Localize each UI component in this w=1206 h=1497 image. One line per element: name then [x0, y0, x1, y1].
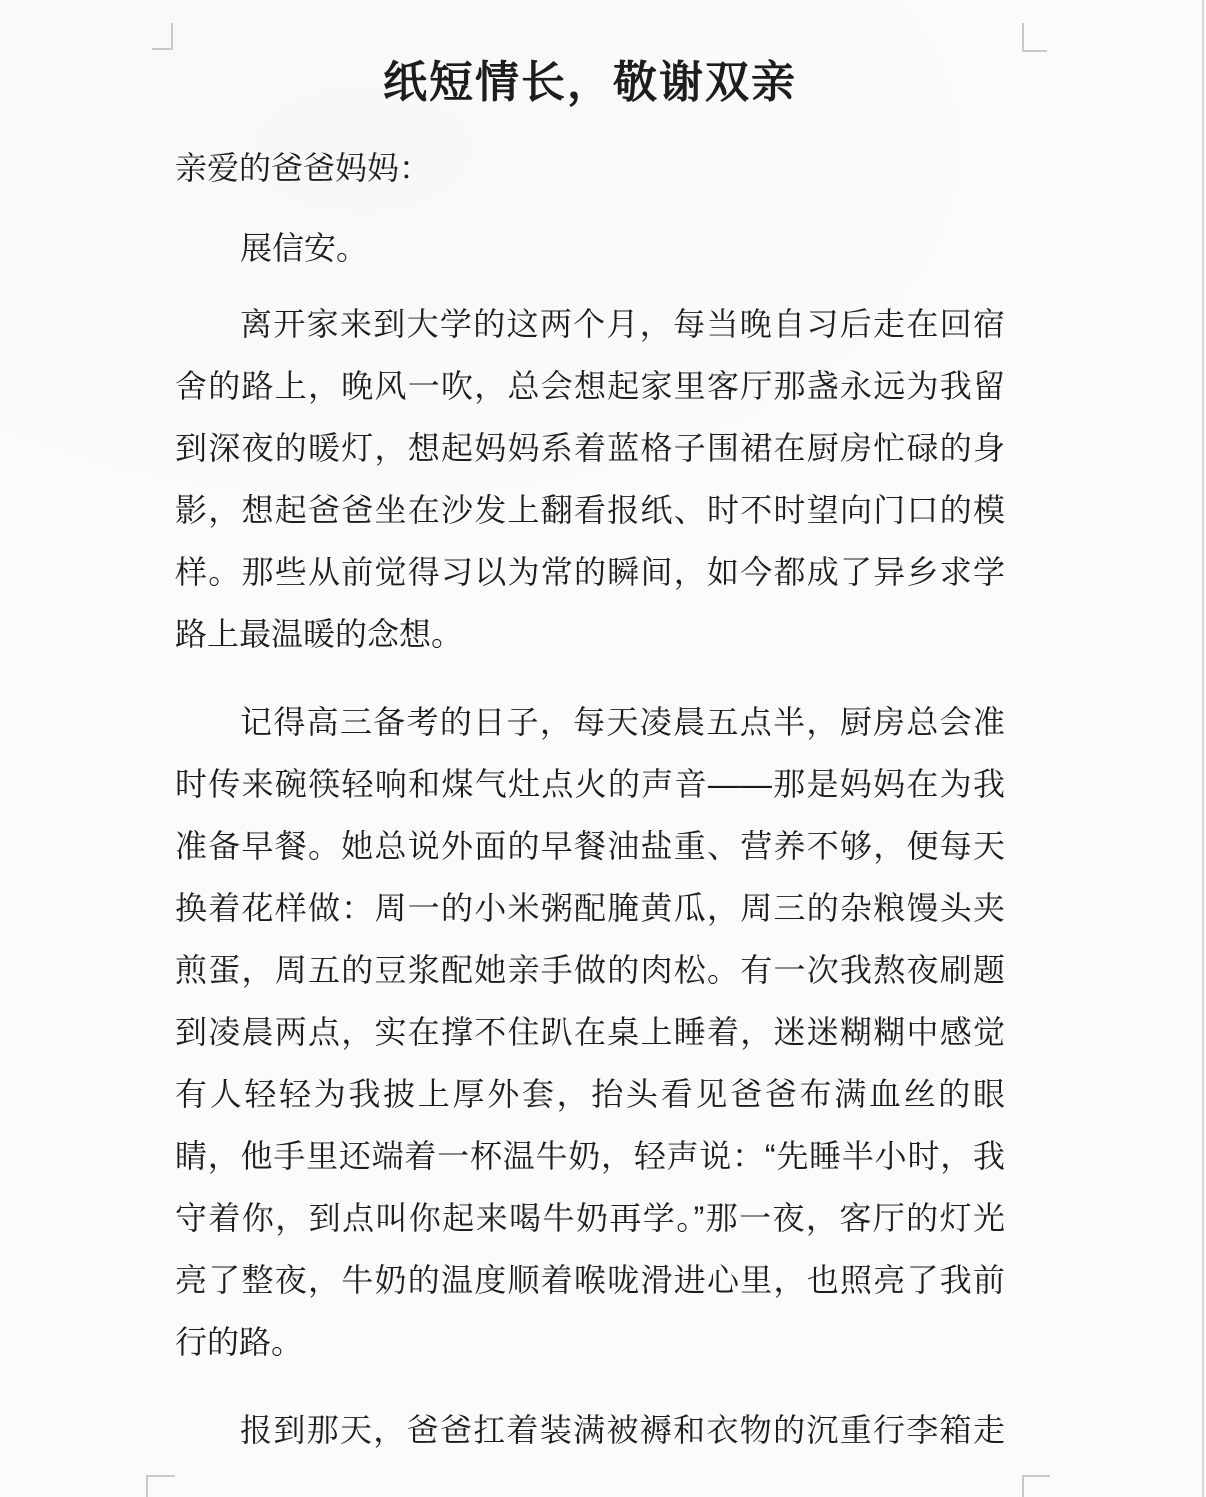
- text-line: 时传来碗筷轻响和煤气灶点火的声音——那是妈妈在为我: [175, 753, 1005, 815]
- text-line: 煎蛋，周五的豆浆配她亲手做的肉松。有一次我熬夜刷题: [175, 939, 1005, 1001]
- letter-greeting: 展信安。: [175, 217, 1005, 279]
- text-line: 记得高三备考的日子，每天凌晨五点半，厨房总会准: [175, 691, 1005, 753]
- text-line: 亮了整夜，牛奶的温度顺着喉咙滑进心里，也照亮了我前: [175, 1249, 1005, 1311]
- crop-mark-top-left: [152, 23, 173, 50]
- text-line: 行的路。: [175, 1311, 1005, 1373]
- text-line: 准备早餐。她总说外面的早餐油盐重、营养不够，便每天: [175, 815, 1005, 877]
- crop-mark-top-right: [1022, 23, 1047, 52]
- text-line: 到凌晨两点，实在撑不住趴在桌上睡着，迷迷糊糊中感觉: [175, 1001, 1005, 1063]
- text-line: 报到那天，爸爸扛着装满被褥和衣物的沉重行李箱走: [175, 1399, 1005, 1461]
- crop-mark-bottom-right: [1022, 1475, 1050, 1497]
- letter-title: 纸短情长，敬谢双亲: [175, 52, 1005, 114]
- text-line: 路上最温暖的念想。: [175, 603, 1005, 665]
- crop-mark-bottom-left: [146, 1475, 175, 1497]
- text-line: 样。那些从前觉得习以为常的瞬间，如今都成了异乡求学: [175, 541, 1005, 603]
- text-line: 舍的路上，晚风一吹，总会想起家里客厅那盏永远为我留: [175, 355, 1005, 417]
- text-line: 影，想起爸爸坐在沙发上翻看报纸、时不时望向门口的模: [175, 479, 1005, 541]
- text-line: 到深夜的暖灯，想起妈妈系着蓝格子围裙在厨房忙碌的身: [175, 417, 1005, 479]
- paragraph: 记得高三备考的日子，每天凌晨五点半，厨房总会准时传来碗筷轻响和煤气灶点火的声音—…: [175, 691, 1005, 1373]
- text-line: 睛，他手里还端着一杯温牛奶，轻声说：“先睡半小时，我: [175, 1125, 1005, 1187]
- paragraph: 报到那天，爸爸扛着装满被褥和衣物的沉重行李箱走: [175, 1399, 1005, 1461]
- text-line: 有人轻轻为我披上厚外套，抬头看见爸爸布满血丝的眼: [175, 1063, 1005, 1125]
- text-line: 守着你，到点叫你起来喝牛奶再学。”那一夜，客厅的灯光: [175, 1187, 1005, 1249]
- letter-paragraphs: 离开家来到大学的这两个月，每当晚自习后走在回宿舍的路上，晚风一吹，总会想起家里客…: [175, 293, 1005, 1461]
- text-line: 换着花样做：周一的小米粥配腌黄瓜，周三的杂粮馒头夹: [175, 877, 1005, 939]
- letter-salutation: 亲爱的爸爸妈妈：: [175, 137, 1005, 199]
- paragraph: 离开家来到大学的这两个月，每当晚自习后走在回宿舍的路上，晚风一吹，总会想起家里客…: [175, 293, 1005, 665]
- text-line: 离开家来到大学的这两个月，每当晚自习后走在回宿: [175, 293, 1005, 355]
- letter-body: 纸短情长，敬谢双亲 亲爱的爸爸妈妈： 展信安。 离开家来到大学的这两个月，每当晚…: [175, 0, 1005, 1461]
- page-edge-line: [1202, 0, 1204, 1497]
- document-page: 纸短情长，敬谢双亲 亲爱的爸爸妈妈： 展信安。 离开家来到大学的这两个月，每当晚…: [0, 0, 1206, 1497]
